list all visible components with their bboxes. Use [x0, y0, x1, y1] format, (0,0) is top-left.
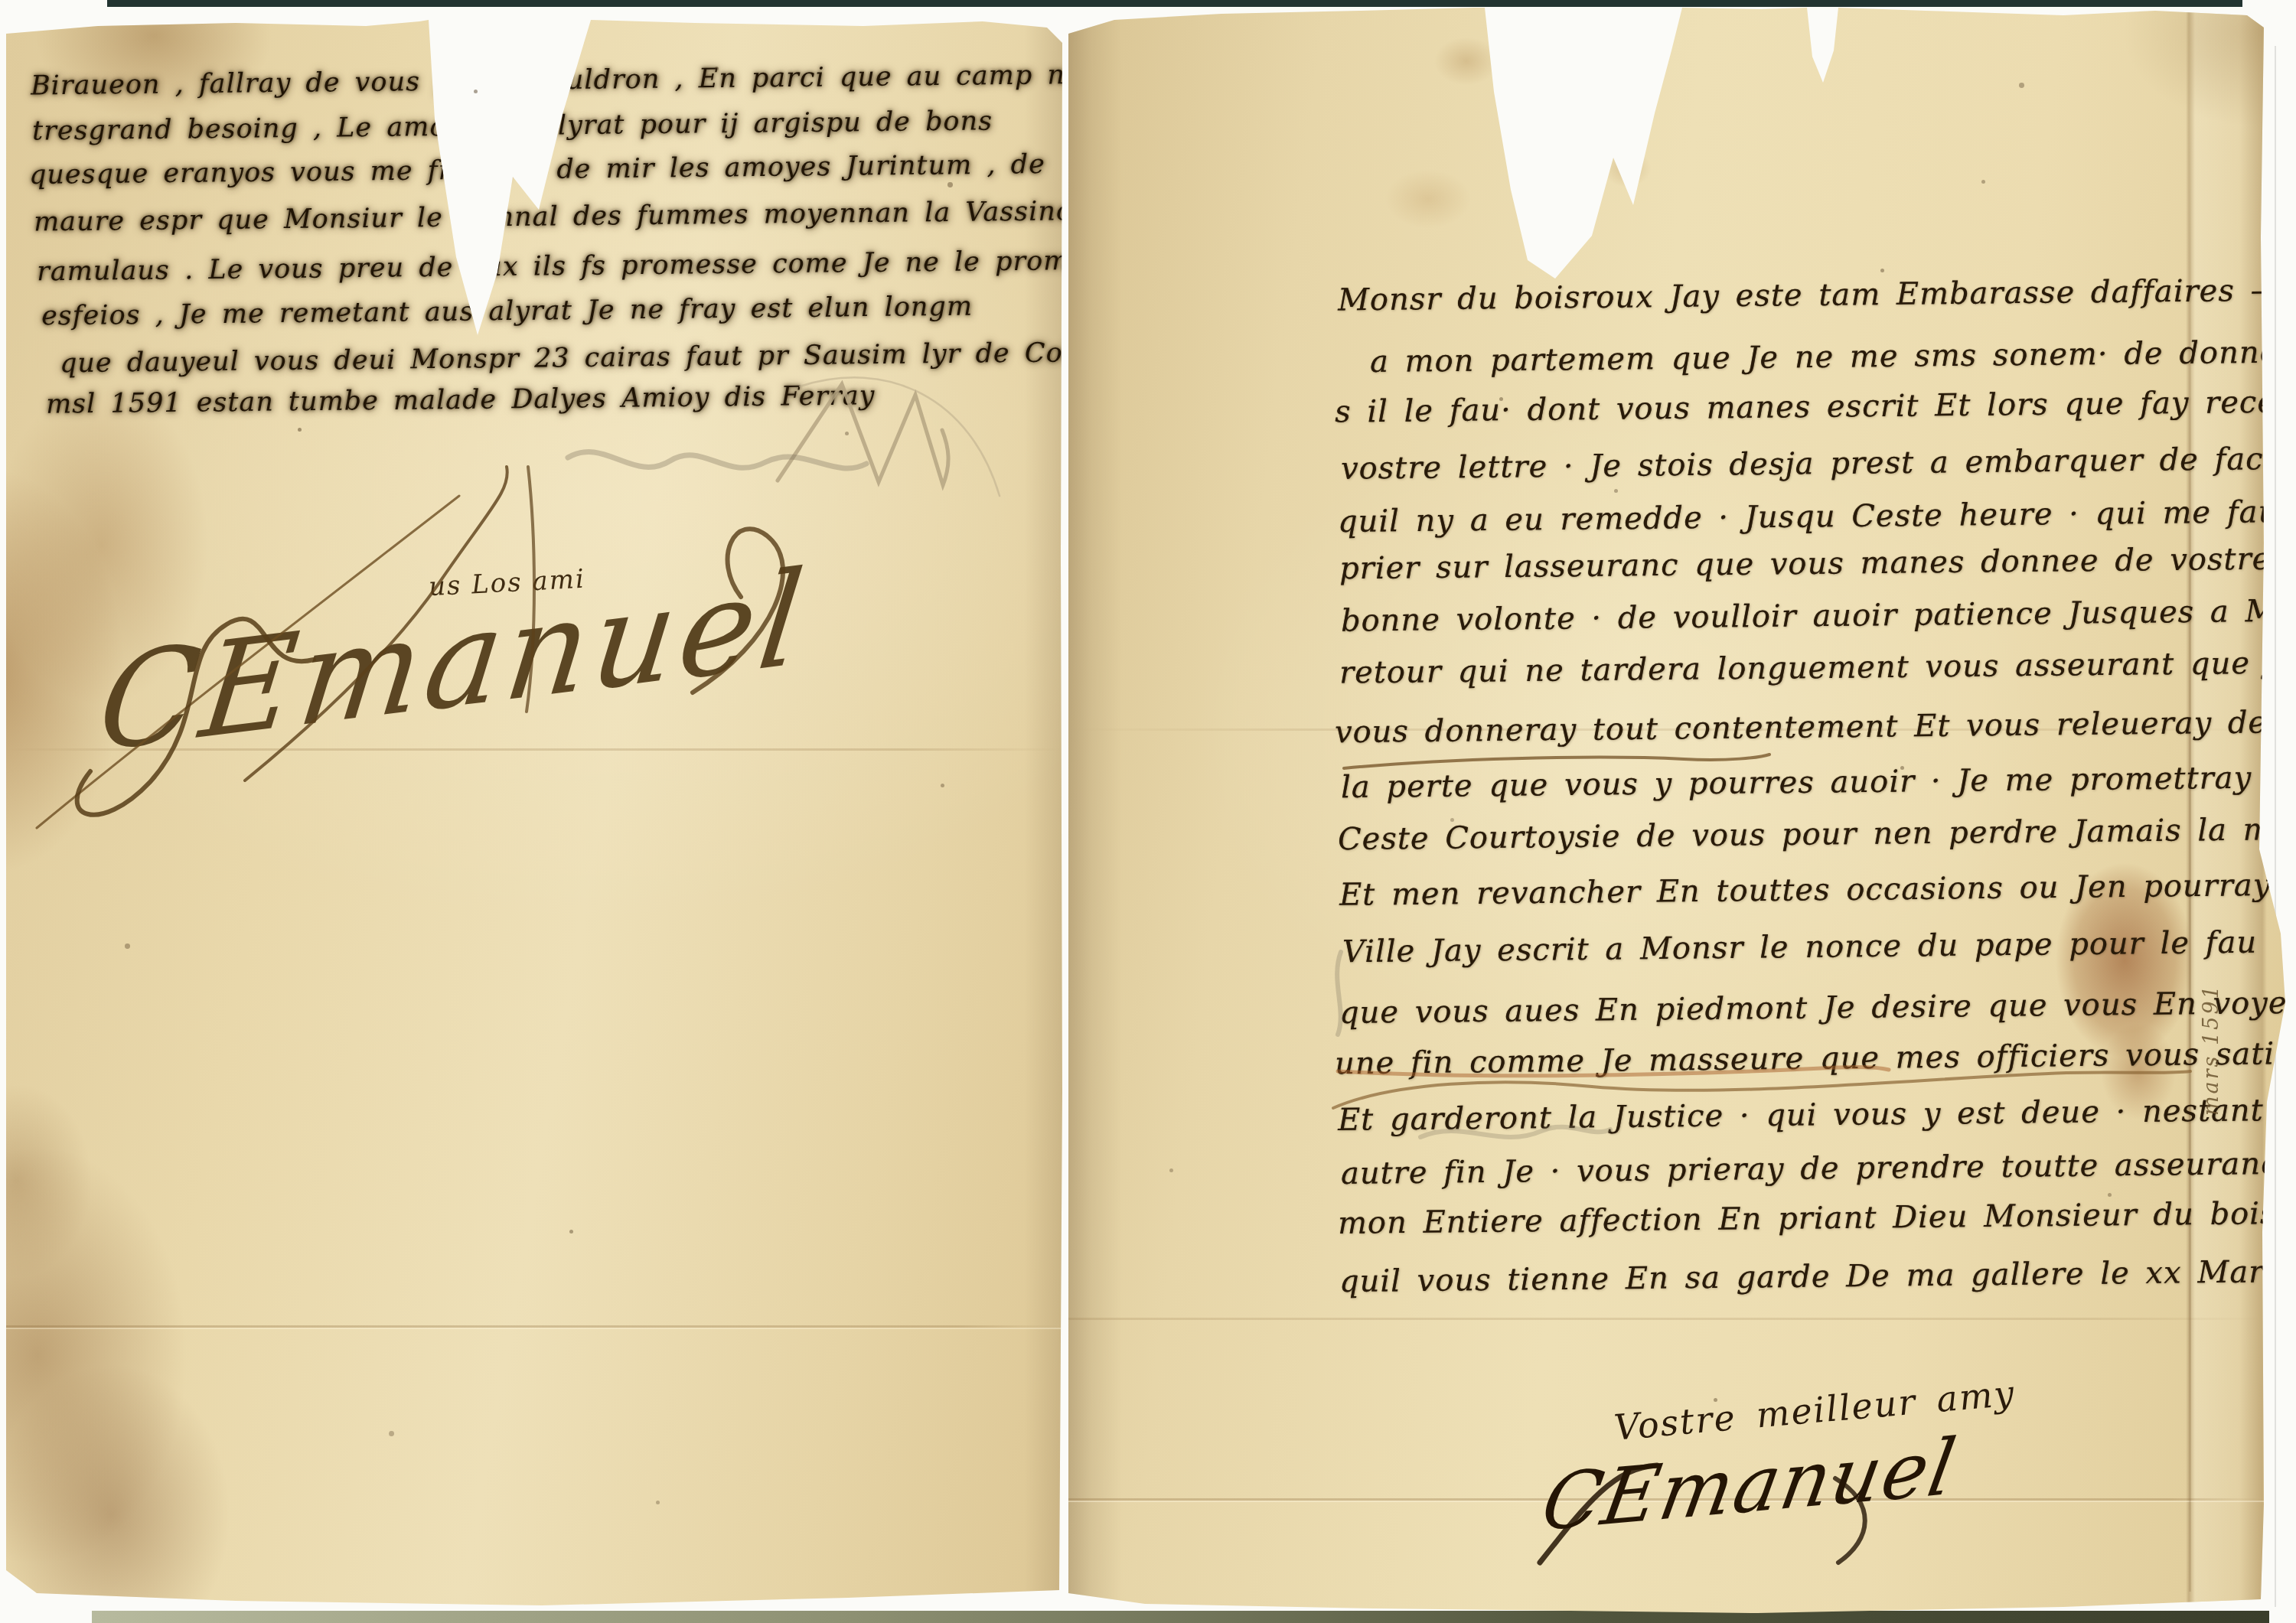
fold-crease	[6, 1325, 1062, 1328]
manuscript-line: autre fin Je · vous prieray de prendre t…	[1341, 1142, 2296, 1195]
manuscript-line: que dauyeul vous deui Monspr 23 cairas f…	[60, 333, 1104, 383]
manuscript-line: que vous aues En piedmont Je desire que …	[1339, 981, 2296, 1035]
manuscript-line: Monsr du boisroux Jay este tam Embarasse…	[1338, 269, 2282, 322]
manuscript-line: mon Entiere affection En priant Dieu Mon…	[1338, 1191, 2296, 1245]
manuscript-line: Et garderont la Justice · qui vous y est…	[1338, 1088, 2296, 1142]
fold-note-date: mars 1591	[2200, 871, 2233, 1116]
manuscript-line: une fin comme Je masseure que mes offici…	[1335, 1031, 2296, 1085]
scan-background: Biraueon , fallray de vous p son pouldro…	[0, 0, 2296, 1623]
manuscript-line: maure espr que Monsiur le Gennal des fum…	[34, 191, 1125, 243]
manuscript-line: quesque eranyos vous me fria p o de mir …	[29, 145, 1045, 195]
left-page: Biraueon , fallray de vous p son pouldro…	[6, 20, 1062, 1610]
manuscript-line: vostre lettre · Je stois desja prest a e…	[1341, 437, 2296, 490]
ink-speckles	[0, 0, 2, 2]
manuscript-line: quil vous tienne En sa garde De ma galle…	[1339, 1250, 2296, 1303]
manuscript-line: esfeios , Je me remetant aus alyrat Je n…	[41, 287, 974, 337]
scanner-edge-top	[107, 0, 2242, 7]
manuscript-line: a mon partemem que Je ne me sms sonem· d…	[1370, 330, 2296, 383]
manuscript-line: msl 1591 estan tumbe malade Dalyes Amioy…	[46, 376, 876, 424]
manuscript-line: s il le fau· dont vous manes escrit Et l…	[1335, 380, 2296, 433]
manuscript-line: prier sur lasseuranc que vous manes donn…	[1339, 538, 2272, 591]
signature-right: CEmanuel	[1536, 1421, 1964, 1548]
right-page: Monsr du boisroux Jay este tam Embarasse…	[1068, 8, 2293, 1613]
manuscript-line: Et men revancher En touttes occasions ou…	[1339, 863, 2296, 917]
manuscript-line: Ville Jay escrit a Monsr le nonce du pap…	[1342, 921, 2258, 974]
manuscript-line: Biraueon , fallray de vous p son pouldro…	[31, 55, 1115, 106]
manuscript-line: Ceste Courtoysie de vous pour nen perdre…	[1338, 807, 2296, 861]
manuscript-line: la perte que vous y pourres auoir · Je m…	[1341, 755, 2296, 809]
manuscript-line: vous donneray tout contentement Et vous …	[1335, 700, 2296, 754]
manuscript-line: retour qui ne tardera longuement vous as…	[1339, 641, 2296, 694]
manuscript-line: bonne volonte · de voulloir auoir patien…	[1341, 589, 2296, 642]
scanner-edge-bottom	[92, 1611, 2269, 1623]
fold-crease	[1068, 1318, 2264, 1320]
manuscript-line: quil ny a eu remedde · Jusqu Ceste heure…	[1338, 490, 2296, 543]
manuscript-line: tresgrand besoing , Le amoyr Dr alyrat p…	[32, 101, 993, 151]
manuscript-line: ramulaus . Le vous preu de eux ils fs pr…	[37, 241, 1113, 292]
scanner-edge-shadow	[2275, 46, 2276, 1607]
